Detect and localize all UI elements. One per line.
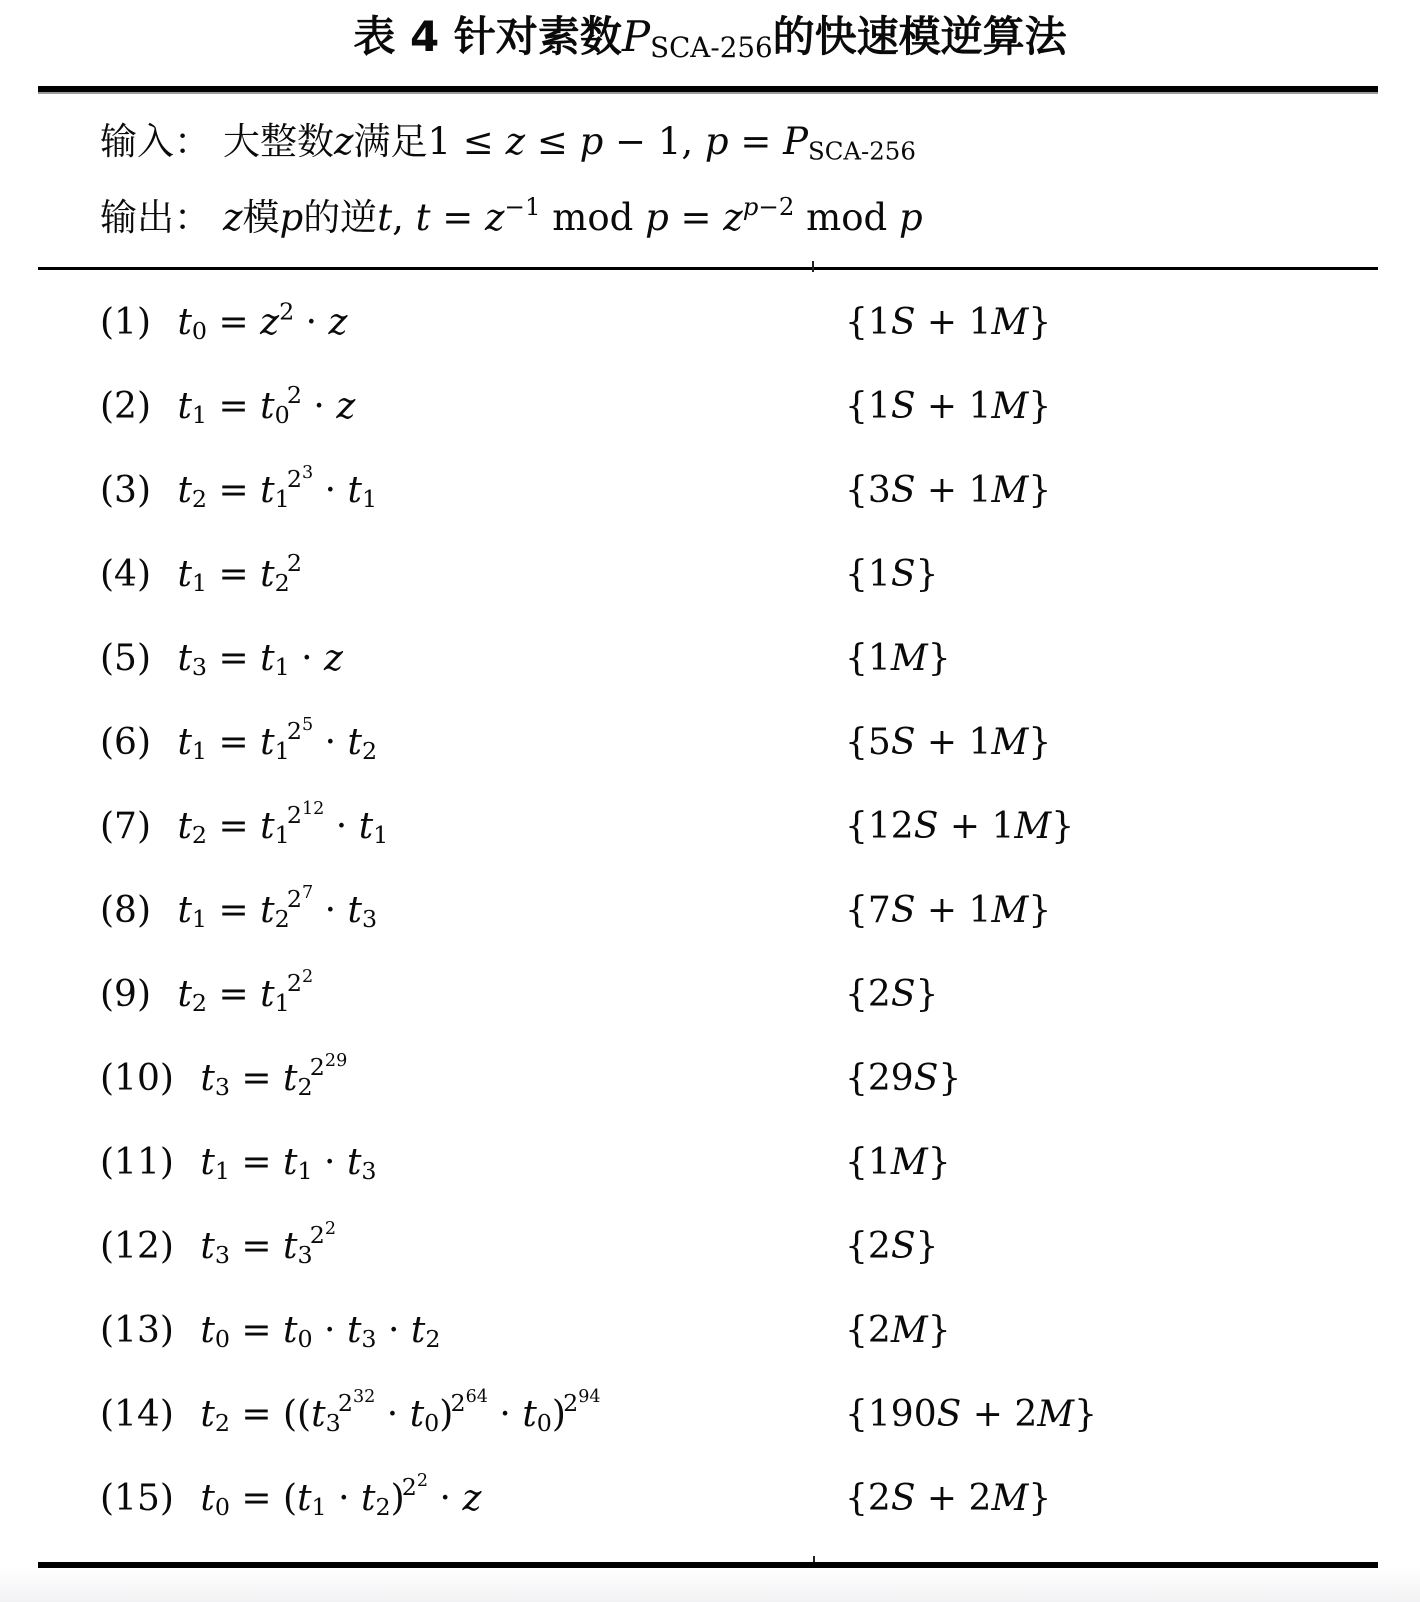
step-cost: {2S} bbox=[845, 1226, 1378, 1267]
step-expression: (12) t3 = t322 bbox=[100, 1226, 845, 1267]
step-cost: {29S} bbox=[845, 1058, 1378, 1099]
step-expression: (11) t1 = t1 · t3 bbox=[100, 1142, 845, 1183]
step-number: (2) bbox=[100, 386, 151, 427]
step-formula: t3 = t2229 bbox=[189, 1058, 347, 1099]
step-number: (6) bbox=[100, 722, 151, 763]
caption-prefix: 表 4 针对素数 bbox=[353, 12, 621, 61]
input-label: 输入： bbox=[100, 111, 211, 165]
step-cost: {1S} bbox=[845, 554, 1378, 595]
step-cost: {2M} bbox=[845, 1310, 1378, 1351]
step-expression: (10) t3 = t2229 bbox=[100, 1058, 845, 1099]
step-cost: {1S + 1M} bbox=[845, 386, 1378, 427]
step-row: (13) t0 = t0 · t3 · t2 {2M} bbox=[38, 1288, 1378, 1372]
step-cost: {2S} bbox=[845, 974, 1378, 1015]
step-cost: {190S + 2M} bbox=[845, 1394, 1378, 1435]
step-cost: {12S + 1M} bbox=[845, 806, 1378, 847]
step-row: (1) t0 = z2 · z {1S + 1M} bbox=[38, 280, 1378, 364]
step-number: (7) bbox=[100, 806, 151, 847]
step-row: (11) t1 = t1 · t3 {1M} bbox=[38, 1120, 1378, 1204]
step-row: (4) t1 = t22 {1S} bbox=[38, 532, 1378, 616]
step-cost: {5S + 1M} bbox=[845, 722, 1378, 763]
step-number: (15) bbox=[100, 1478, 174, 1519]
step-cost: {1M} bbox=[845, 638, 1378, 679]
step-expression: (13) t0 = t0 · t3 · t2 bbox=[100, 1310, 845, 1351]
step-formula: t2 = ((t3232 · t0)264 · t0)294 bbox=[189, 1394, 601, 1435]
step-number: (12) bbox=[100, 1226, 174, 1267]
step-expression: (5) t3 = t1 · z bbox=[100, 638, 845, 679]
caption-suffix: 的快速模逆算法 bbox=[773, 12, 1067, 61]
step-row: (6) t1 = t125 · t2 {5S + 1M} bbox=[38, 700, 1378, 784]
step-expression: (14) t2 = ((t3232 · t0)264 · t0)294 bbox=[100, 1394, 845, 1435]
step-cost: {3S + 1M} bbox=[845, 470, 1378, 511]
step-expression: (3) t2 = t123 · t1 bbox=[100, 470, 845, 511]
step-formula: t2 = t122 bbox=[166, 974, 313, 1015]
step-formula: t1 = t227 · t3 bbox=[166, 890, 377, 931]
algorithm-steps: (1) t0 = z2 · z {1S + 1M} (2) t1 = t02 ·… bbox=[38, 270, 1378, 1540]
step-number: (9) bbox=[100, 974, 151, 1015]
io-header: 输入： 大整数z满足1 ≤ z ≤ p − 1, p = PSCA-256 输出… bbox=[100, 100, 1370, 252]
top-rule bbox=[38, 86, 1378, 92]
step-number: (4) bbox=[100, 554, 151, 595]
output-formula: z模p的逆t, t = z−1 mod p = zp−2 mod p bbox=[223, 187, 923, 241]
step-formula: t1 = t125 · t2 bbox=[166, 722, 377, 763]
step-expression: (6) t1 = t125 · t2 bbox=[100, 722, 845, 763]
step-formula: t0 = z2 · z bbox=[166, 302, 348, 343]
step-formula: t1 = t02 · z bbox=[166, 386, 355, 427]
step-formula: t3 = t322 bbox=[189, 1226, 336, 1267]
step-number: (8) bbox=[100, 890, 151, 931]
step-row: (3) t2 = t123 · t1 {3S + 1M} bbox=[38, 448, 1378, 532]
output-line: 输出： z模p的逆t, t = z−1 mod p = zp−2 mod p bbox=[100, 176, 1370, 252]
step-expression: (9) t2 = t122 bbox=[100, 974, 845, 1015]
step-expression: (1) t0 = z2 · z bbox=[100, 302, 845, 343]
step-number: (5) bbox=[100, 638, 151, 679]
step-number: (10) bbox=[100, 1058, 174, 1099]
table-caption: 表 4 针对素数PSCA-256的快速模逆算法 bbox=[0, 8, 1420, 66]
input-line: 输入： 大整数z满足1 ≤ z ≤ p − 1, p = PSCA-256 bbox=[100, 100, 1370, 176]
paper-table-page: 表 4 针对素数PSCA-256的快速模逆算法 输入： 大整数z满足1 ≤ z … bbox=[0, 0, 1420, 1602]
input-formula: 大整数z满足1 ≤ z ≤ p − 1, p = PSCA-256 bbox=[223, 111, 916, 165]
step-formula: t0 = (t1 · t2)22 · z bbox=[189, 1478, 482, 1519]
step-row: (5) t3 = t1 · z {1M} bbox=[38, 616, 1378, 700]
step-row: (2) t1 = t02 · z {1S + 1M} bbox=[38, 364, 1378, 448]
output-label: 输出： bbox=[100, 187, 211, 241]
step-cost: {1M} bbox=[845, 1142, 1378, 1183]
step-expression: (8) t1 = t227 · t3 bbox=[100, 890, 845, 931]
step-formula: t2 = t1212 · t1 bbox=[166, 806, 388, 847]
page-bottom-shading bbox=[0, 1568, 1420, 1602]
step-formula: t0 = t0 · t3 · t2 bbox=[189, 1310, 441, 1351]
step-expression: (7) t2 = t1212 · t1 bbox=[100, 806, 845, 847]
step-cost: {7S + 1M} bbox=[845, 890, 1378, 931]
step-number: (11) bbox=[100, 1142, 174, 1183]
step-formula: t1 = t1 · t3 bbox=[189, 1142, 377, 1183]
step-row: (12) t3 = t322 {2S} bbox=[38, 1204, 1378, 1288]
step-number: (3) bbox=[100, 470, 151, 511]
step-row: (8) t1 = t227 · t3 {7S + 1M} bbox=[38, 868, 1378, 952]
step-row: (9) t2 = t122 {2S} bbox=[38, 952, 1378, 1036]
step-number: (13) bbox=[100, 1310, 174, 1351]
step-row: (7) t2 = t1212 · t1 {12S + 1M} bbox=[38, 784, 1378, 868]
step-expression: (2) t1 = t02 · z bbox=[100, 386, 845, 427]
step-row: (10) t3 = t2229 {29S} bbox=[38, 1036, 1378, 1120]
step-row: (14) t2 = ((t3232 · t0)264 · t0)294 {190… bbox=[38, 1372, 1378, 1456]
step-expression: (4) t1 = t22 bbox=[100, 554, 845, 595]
step-expression: (15) t0 = (t1 · t2)22 · z bbox=[100, 1478, 845, 1519]
step-number: (1) bbox=[100, 302, 151, 343]
caption-math: PSCA-256 bbox=[622, 12, 773, 61]
step-cost: {2S + 2M} bbox=[845, 1478, 1378, 1519]
step-number: (14) bbox=[100, 1394, 174, 1435]
step-formula: t3 = t1 · z bbox=[166, 638, 343, 679]
step-row: (15) t0 = (t1 · t2)22 · z {2S + 2M} bbox=[38, 1456, 1378, 1540]
step-formula: t1 = t22 bbox=[166, 554, 302, 595]
step-formula: t2 = t123 · t1 bbox=[166, 470, 377, 511]
step-cost: {1S + 1M} bbox=[845, 302, 1378, 343]
